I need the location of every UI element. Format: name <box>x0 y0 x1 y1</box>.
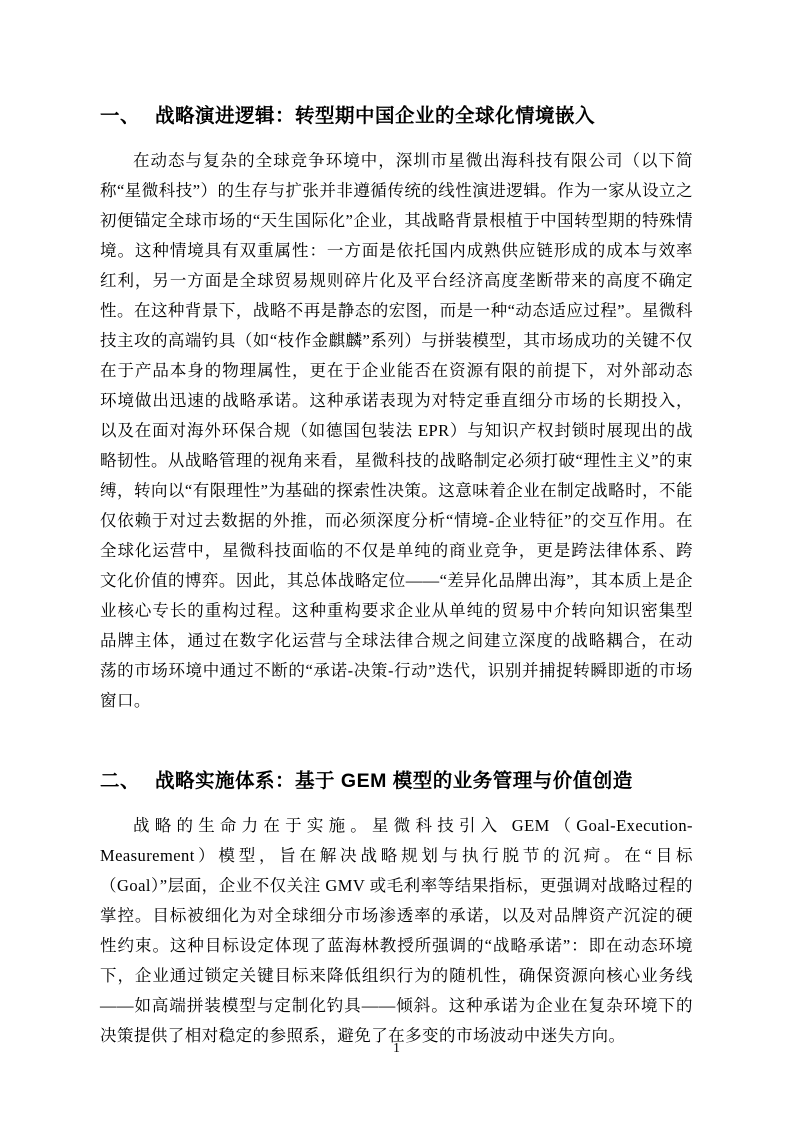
section-heading-2: 二、战略实施体系：基于 GEM 模型的业务管理与价值创造 <box>100 768 693 794</box>
section-title-1: 战略演进逻辑：转型期中国企业的全球化情境嵌入 <box>155 105 595 127</box>
section-paragraph-2: 战略的生命力在于实施。星微科技引入 GEM（Goal-Execution-Mea… <box>100 811 693 1051</box>
page-number: 1 <box>0 1040 793 1056</box>
section-strategy-evolution: 一、战略演进逻辑：转型期中国企业的全球化情境嵌入 在动态与复杂的全球竞争环境中，… <box>100 103 693 716</box>
section-paragraph-1: 在动态与复杂的全球竞争环境中，深圳市星微出海科技有限公司（以下简称“星微科技”）… <box>100 146 693 716</box>
section-number-2: 二、 <box>100 768 140 794</box>
section-number-1: 一、 <box>100 103 140 129</box>
section-title-2: 战略实施体系：基于 GEM 模型的业务管理与价值创造 <box>155 770 633 792</box>
section-strategy-implementation: 二、战略实施体系：基于 GEM 模型的业务管理与价值创造 战略的生命力在于实施。… <box>100 768 693 1051</box>
section-heading-1: 一、战略演进逻辑：转型期中国企业的全球化情境嵌入 <box>100 103 693 129</box>
document-page: 一、战略演进逻辑：转型期中国企业的全球化情境嵌入 在动态与复杂的全球竞争环境中，… <box>0 0 793 1122</box>
